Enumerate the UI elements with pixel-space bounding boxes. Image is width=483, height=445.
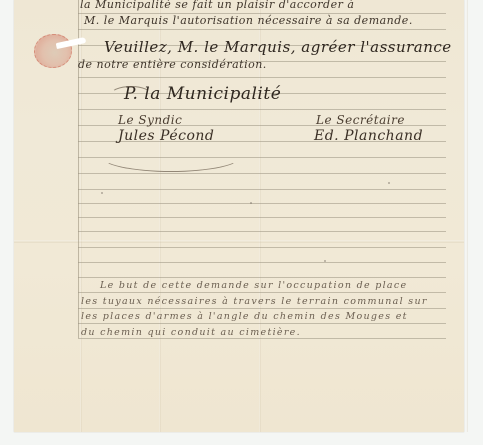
ruled-line xyxy=(78,262,446,263)
ruled-line xyxy=(78,292,446,293)
signatory-title-right: Le Secrétaire xyxy=(316,113,405,127)
note-line: les tuyaux nécessaires à travers le terr… xyxy=(81,296,428,307)
paper-speck xyxy=(388,182,390,184)
paper-speck xyxy=(101,192,103,194)
note-line: du chemin qui conduit au cimetière. xyxy=(81,327,301,338)
note-line: les places d'armes à l'angle du chemin d… xyxy=(81,311,408,322)
pen-flourish xyxy=(110,86,152,104)
paper-speck xyxy=(324,260,326,262)
ruled-line xyxy=(78,109,446,110)
ruled-line xyxy=(78,203,446,204)
ruled-line xyxy=(78,277,446,278)
ruled-line xyxy=(78,189,446,190)
ruled-line xyxy=(78,173,446,174)
signatory-title-left: Le Syndic xyxy=(118,113,182,127)
paper-speck xyxy=(250,202,252,204)
paper-sheet: la Municipalité se fait un plaisir d'acc… xyxy=(14,0,464,432)
ruled-line xyxy=(78,247,446,248)
ruled-line xyxy=(78,308,446,309)
fold-crease xyxy=(466,0,468,432)
wax-seal-remnant xyxy=(34,34,72,68)
ruled-line xyxy=(78,29,446,30)
closing-line: de notre entière considération. xyxy=(78,58,267,71)
scanned-document: la Municipalité se fait un plaisir d'acc… xyxy=(0,0,483,445)
letter-line: M. le Marquis l'autorisation nécessaire … xyxy=(84,14,413,27)
ruled-line xyxy=(78,338,446,339)
note-line: Le but de cette demande sur l'occupation… xyxy=(100,280,407,291)
letter-line: la Municipalité se fait un plaisir d'acc… xyxy=(80,0,354,11)
signatory-name-right: Ed. Planchand xyxy=(314,128,423,144)
signature-flourish xyxy=(100,140,242,172)
ruled-line xyxy=(78,217,446,218)
fold-crease xyxy=(14,240,464,243)
margin-line xyxy=(78,0,79,338)
ruled-line xyxy=(78,231,446,232)
ruled-line xyxy=(78,77,446,78)
ruled-line xyxy=(78,323,446,324)
closing-line: Veuillez, M. le Marquis, agréer l'assura… xyxy=(104,38,452,56)
